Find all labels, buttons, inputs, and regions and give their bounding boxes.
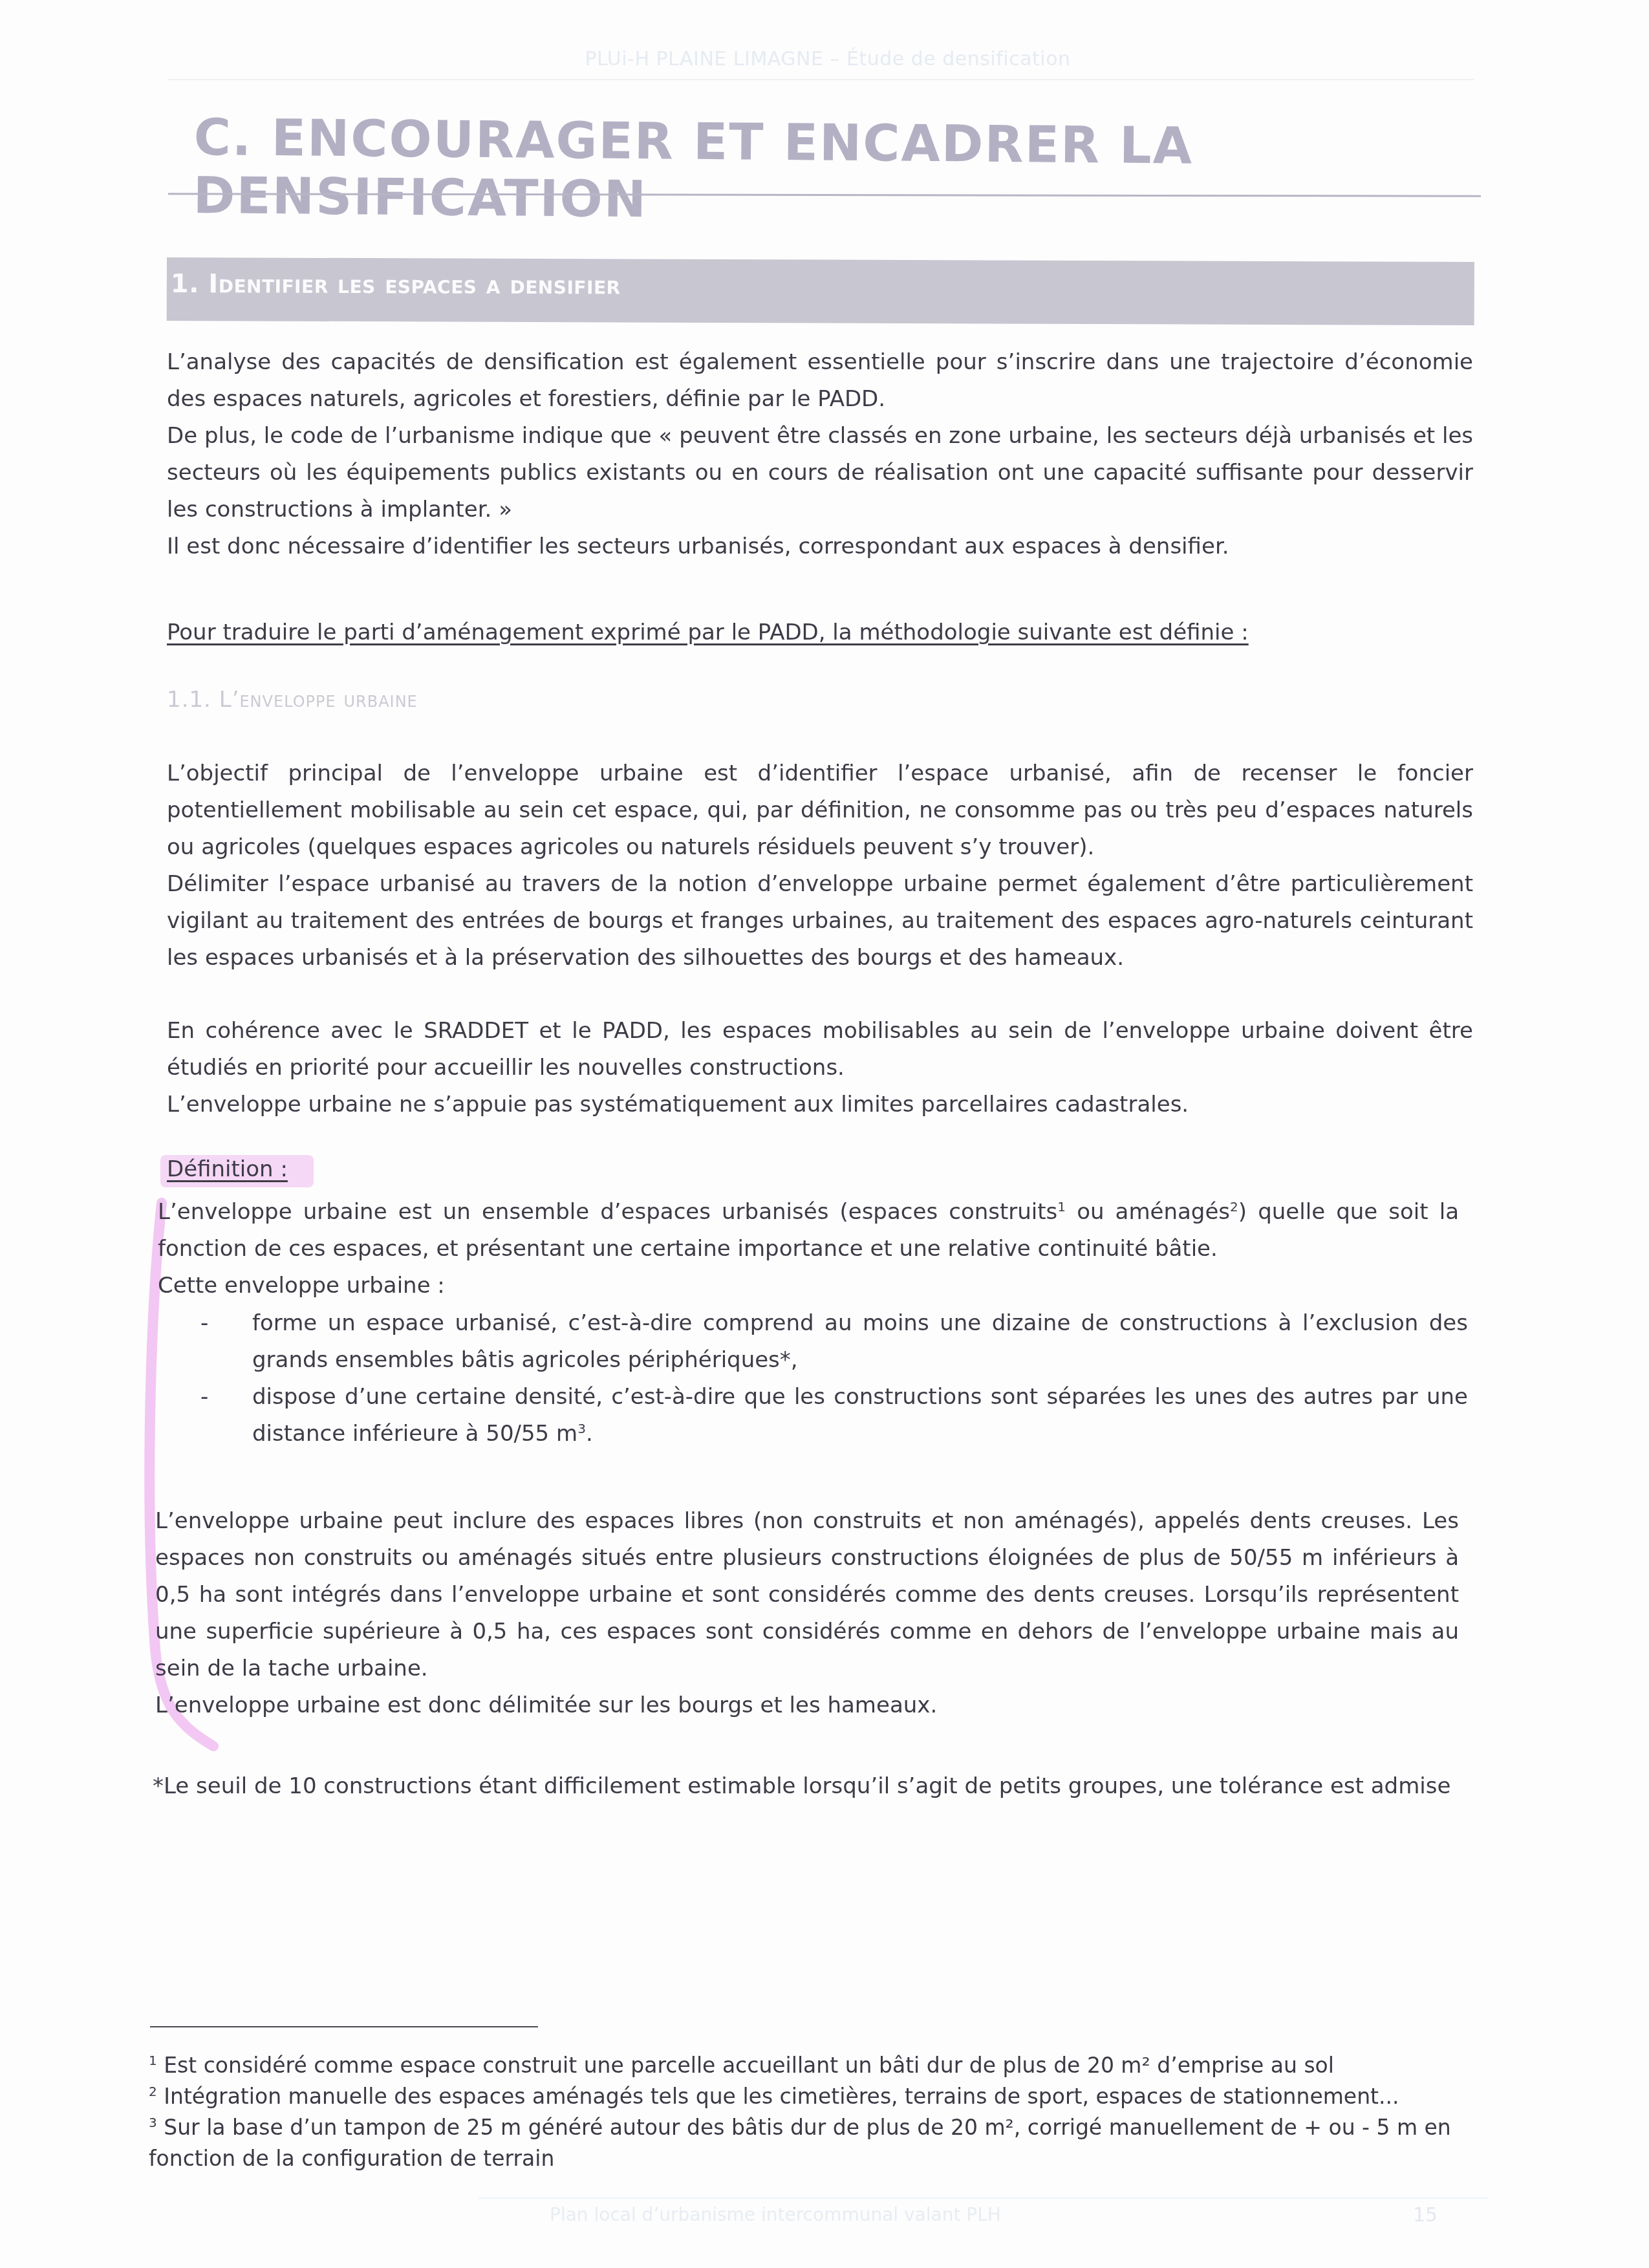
definition-list: - forme un espace urbanisé, c’est-à-dire…	[200, 1305, 1468, 1453]
page-number: 15	[1413, 2204, 1438, 2227]
enveloppe-intro-block: L’objectif principal de l’enveloppe urba…	[167, 755, 1473, 977]
footnote-separator	[150, 2026, 538, 2027]
footnote-2: 2 Intégration manuelle des espaces aména…	[149, 2081, 1474, 2112]
intro-paragraph: Il est donc nécessaire d’identifier les …	[167, 528, 1473, 565]
footer-divider	[479, 2198, 1487, 2199]
body-paragraph: L’enveloppe urbaine est donc délimitée s…	[155, 1687, 1459, 1724]
footnote-ref-1[interactable]: 1	[1057, 1199, 1066, 1215]
running-header: PLUi-H PLAINE LIMAGNE – Étude de densifi…	[537, 48, 1119, 70]
definition-text: L’enveloppe urbaine est un ensemble d’es…	[158, 1194, 1459, 1304]
list-item: - dispose d’une certaine densité, c’est-…	[200, 1379, 1468, 1453]
list-intro: Cette enveloppe urbaine :	[158, 1268, 1459, 1304]
intro-paragraph: De plus, le code de l’urbanisme indique …	[167, 418, 1473, 528]
section-heading-bar: 1. Identifier les espaces a densifier	[167, 257, 1474, 325]
subsection-title: 1.1. L’enveloppe urbaine	[167, 687, 418, 713]
definition-paragraph: L’enveloppe urbaine est un ensemble d’es…	[158, 1194, 1459, 1268]
footnote-1: 1 Est considéré comme espace construit u…	[149, 2050, 1474, 2081]
footnote-3: 3 Sur la base d’un tampon de 25 m généré…	[149, 2112, 1474, 2174]
intro-block: L’analyse des capacités de densification…	[167, 344, 1473, 565]
footer-text: Plan local d’urbanisme intercommunal val…	[550, 2204, 1001, 2225]
body-paragraph: L’enveloppe urbaine ne s’appuie pas syst…	[167, 1086, 1473, 1123]
body-paragraph: En cohérence avec le SRADDET et le PADD,…	[167, 1013, 1473, 1086]
definition-label: Définition :	[160, 1155, 314, 1187]
section-title: 1. Identifier les espaces a densifier	[171, 269, 621, 300]
sraddet-block: En cohérence avec le SRADDET et le PADD,…	[167, 1013, 1473, 1123]
dash-bullet-icon: -	[200, 1305, 252, 1379]
chapter-title: C. ENCOURAGER ET ENCADRER LA DENSIFICATI…	[193, 109, 1648, 238]
header-divider	[168, 79, 1474, 80]
footnote-ref-3[interactable]: 3	[577, 1421, 586, 1436]
intro-paragraph: L’analyse des capacités de densification…	[167, 344, 1473, 418]
body-paragraph: Délimiter l’espace urbanisé au travers d…	[167, 866, 1473, 977]
body-paragraph: L’enveloppe urbaine peut inclure des esp…	[155, 1503, 1459, 1687]
footnotes: 1 Est considéré comme espace construit u…	[149, 2050, 1474, 2174]
footnote-ref-2[interactable]: 2	[1230, 1199, 1238, 1215]
dash-bullet-icon: -	[200, 1379, 252, 1453]
dents-creuses-block: L’enveloppe urbaine peut inclure des esp…	[155, 1503, 1459, 1724]
list-item: - forme un espace urbanisé, c’est-à-dire…	[200, 1305, 1468, 1379]
asterisk-note: *Le seuil de 10 constructions étant diff…	[153, 1768, 1459, 1805]
body-paragraph: L’objectif principal de l’enveloppe urba…	[167, 755, 1473, 866]
methodology-heading: Pour traduire le parti d’aménagement exp…	[167, 614, 1473, 651]
